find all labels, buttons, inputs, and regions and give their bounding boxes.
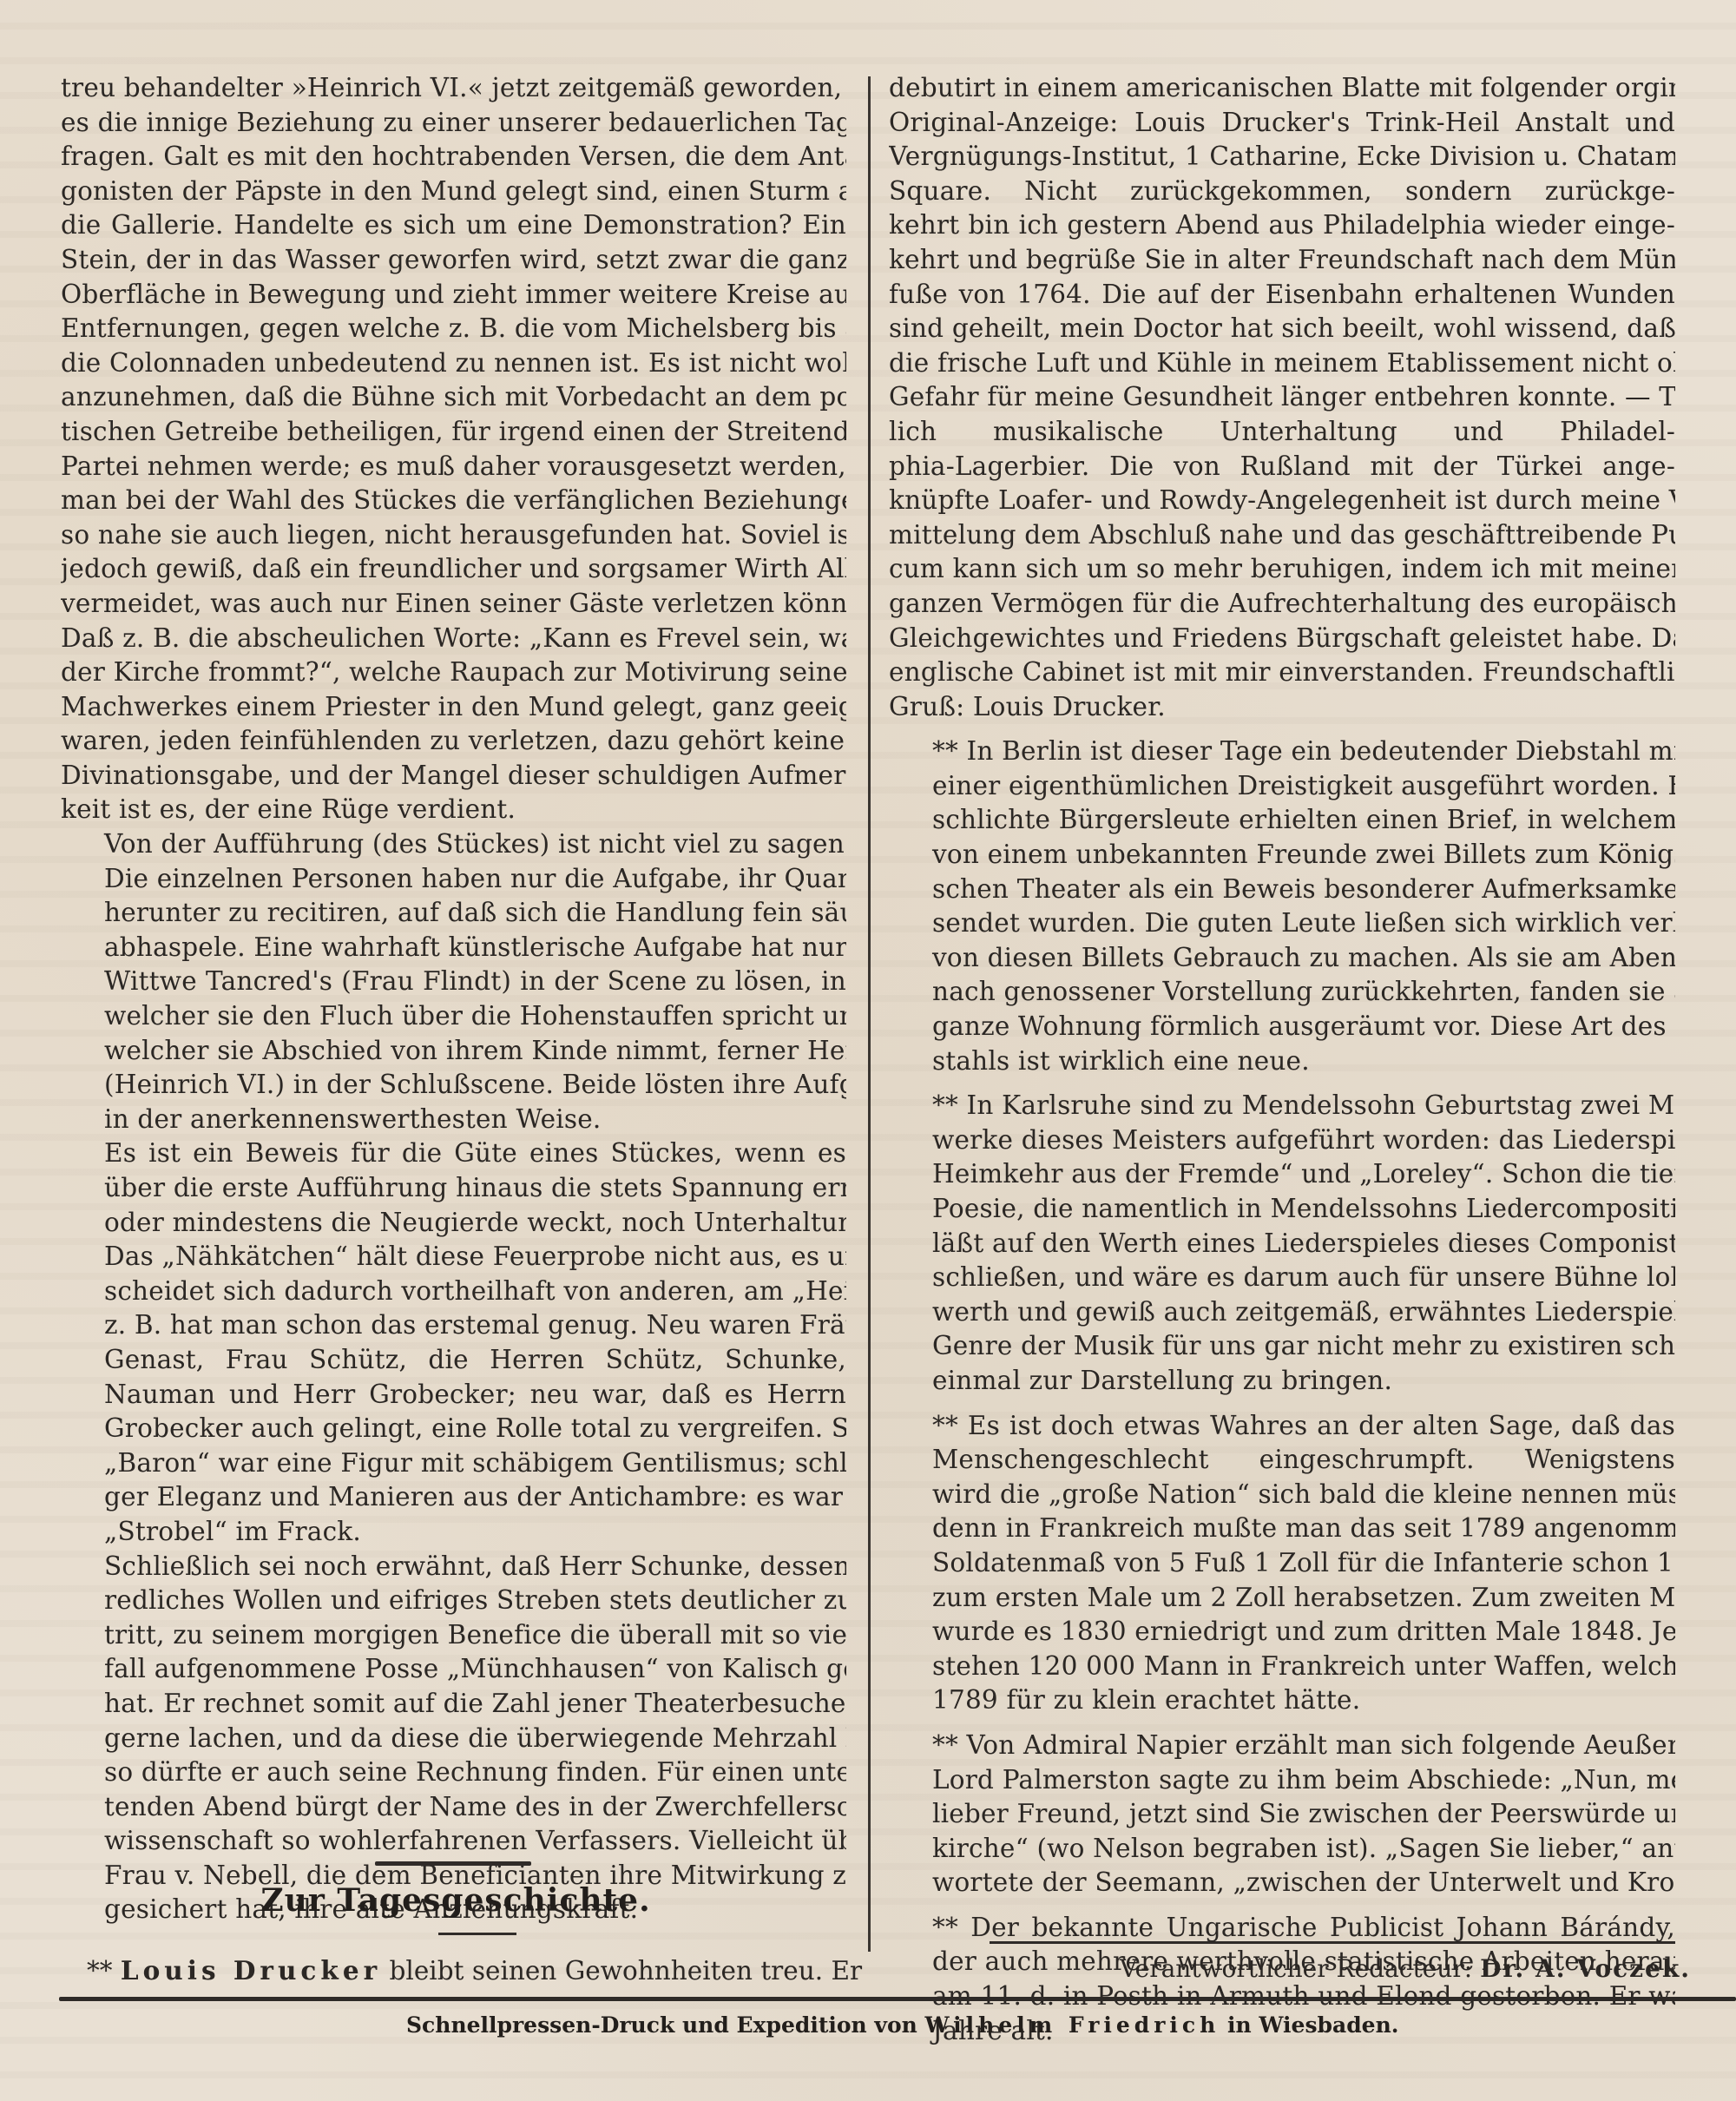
text-line: Die einzelnen Personen haben nur die Auf…	[61, 862, 846, 897]
text-line: oder mindestens die Neugierde weckt, noc…	[61, 1206, 846, 1241]
text-line: einer eigenthümlichen Dreistigkeit ausge…	[889, 769, 1675, 804]
text-line: ** In Karlsruhe sind zu Mendelssohn Gebu…	[889, 1089, 1675, 1123]
text-line: „Strobel“ im Frack.	[61, 1515, 846, 1550]
text-line: wird die „große Nation“ sich bald die kl…	[889, 1478, 1675, 1512]
text-line: Gruß: Louis Drucker.	[889, 690, 1675, 725]
right-column: debutirt in einem americanischen Blatte …	[889, 71, 1675, 2048]
signature-rule	[990, 1941, 1675, 1944]
text-line: Das „Nähkätchen“ hält diese Feuerprobe n…	[61, 1240, 846, 1274]
text-line: schließen, und wäre es darum auch für un…	[889, 1261, 1675, 1295]
text-line: welcher sie Abschied von ihrem Kinde nim…	[61, 1034, 846, 1069]
text-line: Grobecker auch gelingt, eine Rolle total…	[61, 1412, 846, 1446]
text-line: fall aufgenommene Posse „Münchhausen“ vo…	[61, 1652, 846, 1687]
text-line: ** In Berlin ist dieser Tage ein bedeute…	[889, 734, 1675, 769]
section-title: Zur Tagesgeschichte.	[260, 1882, 651, 1919]
text-line: man bei der Wahl des Stückes die verfäng…	[61, 484, 846, 518]
text-line: jedoch gewiß, daß ein freundlicher und s…	[61, 552, 846, 587]
text-line: zum ersten Male um 2 Zoll herabsetzen. Z…	[889, 1581, 1675, 1616]
text-line: redliches Wollen und eifriges Streben st…	[61, 1584, 846, 1618]
text-line: Wittwe Tancred's (Frau Flindt) in der Sc…	[61, 965, 846, 999]
text-line: cum kann sich um so mehr beruhigen, inde…	[889, 552, 1675, 587]
text-line: abhaspele. Eine wahrhaft künstlerische A…	[61, 931, 846, 965]
text-line: nach genossener Vorstellung zurückkehrte…	[889, 975, 1675, 1010]
editor-signature: Verantwortlicher Redacteur: Dr. A. Vocze…	[1120, 1953, 1675, 1985]
printer-imprint: Schnellpressen-Druck und Expedition von …	[406, 2012, 1361, 2038]
text-line: fragen. Galt es mit den hochtrabenden Ve…	[61, 140, 846, 175]
text-line: Machwerkes einem Priester in den Mund ge…	[61, 690, 846, 725]
imprint-suffix: in Wiesbaden.	[1220, 2012, 1398, 2038]
text-line: scheidet sich dadurch vortheilhaft von a…	[61, 1274, 846, 1309]
text-line: keit ist es, der eine Rüge verdient.	[61, 793, 846, 827]
text-line: werke dieses Meisters aufgeführt worden:…	[889, 1123, 1675, 1158]
text-line: Daß z. B. die abscheulichen Worte: „Kann…	[61, 622, 846, 656]
text-line: schlichte Bürgersleute erhielten einen B…	[889, 803, 1675, 838]
section-lead-line: ** Louis Drucker bleibt seinen Gewohnhei…	[87, 1953, 846, 1988]
newspaper-page: treu behandelter »Heinrich VI.« jetzt ze…	[0, 0, 1736, 2101]
text-line: Heimkehr aus der Fremde“ und „Loreley“. …	[889, 1157, 1675, 1192]
paragraph: treu behandelter »Heinrich VI.« jetzt ze…	[61, 71, 846, 827]
text-line: Oberfläche in Bewegung und zieht immer w…	[61, 278, 846, 313]
text-line: fuße von 1764. Die auf der Eisenbahn erh…	[889, 278, 1675, 313]
text-line: einmal zur Darstellung zu bringen.	[889, 1364, 1675, 1399]
text-line: herunter zu recitiren, auf daß sich die …	[61, 896, 846, 931]
text-line: Divinationsgabe, und der Mangel dieser s…	[61, 759, 846, 794]
text-line: ger Eleganz und Manieren aus der Anticha…	[61, 1480, 846, 1515]
text-line: die Colonnaden unbedeutend zu nennen ist…	[61, 346, 846, 381]
text-line: ** Der bekannte Ungarische Publicist Joh…	[889, 1911, 1675, 1946]
text-line: von diesen Billets Gebrauch zu machen. A…	[889, 941, 1675, 976]
text-line: ** Von Admiral Napier erzählt man sich f…	[889, 1729, 1675, 1763]
text-line: es die innige Beziehung zu einer unserer…	[61, 106, 846, 141]
text-line: lieber Freund, jetzt sind Sie zwischen d…	[889, 1797, 1675, 1832]
text-line: phia-Lagerbier. Die von Rußland mit der …	[889, 450, 1675, 484]
text-line: über die erste Aufführung hinaus die ste…	[61, 1171, 846, 1206]
signature-name: Dr. A. Voczek.	[1480, 1954, 1691, 1983]
paragraph: ** In Karlsruhe sind zu Mendelssohn Gebu…	[889, 1089, 1675, 1398]
text-line: „Baron“ war eine Figur mit schäbigem Gen…	[61, 1446, 846, 1481]
text-line: englische Cabinet ist mit mir einverstan…	[889, 655, 1675, 690]
text-line: der Kirche frommt?“, welche Raupach zur …	[61, 655, 846, 690]
text-line: Gleichgewichtes und Friedens Bürgschaft …	[889, 622, 1675, 656]
text-line: sind geheilt, mein Doctor hat sich beeil…	[889, 312, 1675, 346]
text-line: die frische Luft und Kühle in meinem Eta…	[889, 346, 1675, 381]
text-line: von einem unbekannten Freunde zwei Bille…	[889, 838, 1675, 873]
text-line: z. B. hat man schon das erstemal genug. …	[61, 1308, 846, 1343]
text-line: hat. Er rechnet somit auf die Zahl jener…	[61, 1687, 846, 1722]
text-line: in der anerkennenswerthesten Weise.	[61, 1103, 846, 1137]
imprint-printer: Wilhelm Friedrich	[925, 2012, 1220, 2038]
text-line: die Gallerie. Handelte es sich um eine D…	[61, 208, 846, 243]
lead-name: Louis Drucker	[121, 1955, 381, 1986]
text-line: wortete der Seemann, „zwischen der Unter…	[889, 1866, 1675, 1900]
text-line: Gefahr für meine Gesundheit länger entbe…	[889, 380, 1675, 415]
text-line: Vergnügungs-Institut, 1 Catharine, Ecke …	[889, 140, 1675, 175]
column-divider	[868, 76, 871, 1952]
text-line: treu behandelter »Heinrich VI.« jetzt ze…	[61, 71, 846, 106]
paragraph: Es ist ein Beweis für die Güte eines Stü…	[61, 1136, 846, 1549]
text-line: waren, jeden feinfühlenden zu verletzen,…	[61, 724, 846, 759]
text-line: so nahe sie auch liegen, nicht herausgef…	[61, 518, 846, 553]
text-line: Stein, der in das Wasser geworfen wird, …	[61, 243, 846, 278]
left-column: treu behandelter »Heinrich VI.« jetzt ze…	[61, 71, 846, 1927]
paragraph: debutirt in einem americanischen Blatte …	[889, 71, 1675, 724]
text-line: welcher sie den Fluch über die Hohenstau…	[61, 999, 846, 1034]
text-line: Genre der Musik für uns gar nicht mehr z…	[889, 1329, 1675, 1364]
text-line: tischen Getreibe betheiligen, für irgend…	[61, 415, 846, 450]
text-line: kirche“ (wo Nelson begraben ist). „Sagen…	[889, 1832, 1675, 1867]
text-line: Entfernungen, gegen welche z. B. die vom…	[61, 312, 846, 346]
text-line: ** Es ist doch etwas Wahres an der alten…	[889, 1409, 1675, 1444]
paragraph: ** Von Admiral Napier erzählt man sich f…	[889, 1729, 1675, 1900]
text-line: gerne lachen, und da diese die überwiege…	[61, 1722, 846, 1756]
text-line: so dürfte er auch seine Rechnung finden.…	[61, 1755, 846, 1790]
text-line: kehrt und begrüße Sie in alter Freundsch…	[889, 243, 1675, 278]
text-line: ganze Wohnung förmlich ausgeräumt vor. D…	[889, 1010, 1675, 1044]
lead-rest: bleibt seinen Gewohnheiten treu. Er	[381, 1956, 862, 1986]
text-line: ganzen Vermögen für die Aufrechterhaltun…	[889, 587, 1675, 622]
imprint-prefix: Schnellpressen-Druck und Expedition von	[406, 2012, 925, 2038]
text-line: Square. Nicht zurückgekommen, sondern zu…	[889, 175, 1675, 209]
section-rule-top	[375, 1861, 531, 1866]
text-line: knüpfte Loafer- und Rowdy-Angelegenheit …	[889, 484, 1675, 518]
paragraph: Schließlich sei noch erwähnt, daß Herr S…	[61, 1550, 846, 1928]
text-line: Lord Palmerston sagte zu ihm beim Abschi…	[889, 1763, 1675, 1798]
text-line: (Heinrich VI.) in der Schlußscene. Beide…	[61, 1068, 846, 1103]
text-line: gonisten der Päpste in den Mund gelegt s…	[61, 175, 846, 209]
text-line: Es ist ein Beweis für die Güte eines Stü…	[61, 1136, 846, 1171]
text-line: kehrt bin ich gestern Abend aus Philadel…	[889, 208, 1675, 243]
text-line: Poesie, die namentlich in Mendelssohns L…	[889, 1192, 1675, 1227]
text-line: Genast, Frau Schütz, die Herren Schütz, …	[61, 1343, 846, 1378]
text-line: denn in Frankreich mußte man das seit 17…	[889, 1512, 1675, 1546]
text-line: vermeidet, was auch nur Einen seiner Gäs…	[61, 587, 846, 622]
text-line: Original-Anzeige: Louis Drucker's Trink-…	[889, 106, 1675, 141]
text-line: Partei nehmen werde; es muß daher voraus…	[61, 450, 846, 484]
text-line: lich musikalische Unterhaltung und Phila…	[889, 415, 1675, 450]
text-line: mittelung dem Abschluß nahe und das gesc…	[889, 518, 1675, 553]
lead-prefix: **	[87, 1956, 121, 1986]
text-line: tenden Abend bürgt der Name des in der Z…	[61, 1790, 846, 1825]
paragraph: ** In Berlin ist dieser Tage ein bedeute…	[889, 734, 1675, 1078]
text-line: anzunehmen, daß die Bühne sich mit Vorbe…	[61, 380, 846, 415]
footer-rule	[59, 1997, 1736, 2001]
paragraph: ** Es ist doch etwas Wahres an der alten…	[889, 1409, 1675, 1718]
text-line: werth und gewiß auch zeitgemäß, erwähnte…	[889, 1295, 1675, 1330]
text-line: stahls ist wirklich eine neue.	[889, 1044, 1675, 1079]
text-line: stehen 120 000 Mann in Frankreich unter …	[889, 1650, 1675, 1684]
text-line: Nauman und Herr Grobecker; neu war, daß …	[61, 1378, 846, 1413]
paragraph: Von der Aufführung (des Stückes) ist nic…	[61, 827, 846, 1136]
text-line: läßt auf den Werth eines Liederspieles d…	[889, 1227, 1675, 1261]
text-line: tritt, zu seinem morgigen Benefice die ü…	[61, 1618, 846, 1653]
signature-label: Verantwortlicher Redacteur:	[1120, 1954, 1480, 1983]
text-line: Von der Aufführung (des Stückes) ist nic…	[61, 827, 846, 862]
text-line: Soldatenmaß von 5 Fuß 1 Zoll für die Inf…	[889, 1546, 1675, 1581]
text-line: 1789 für zu klein erachtet hätte.	[889, 1683, 1675, 1718]
text-line: sendet wurden. Die guten Leute ließen si…	[889, 906, 1675, 941]
text-line: Schließlich sei noch erwähnt, daß Herr S…	[61, 1550, 846, 1584]
text-line: Menschengeschlecht eingeschrumpft. Wenig…	[889, 1443, 1675, 1478]
text-line: schen Theater als ein Beweis besonderer …	[889, 873, 1675, 907]
section-rule-bottom	[438, 1933, 516, 1935]
text-line: wurde es 1830 erniedrigt und zum dritten…	[889, 1615, 1675, 1650]
text-line: wissenschaft so wohlerfahrenen Verfasser…	[61, 1824, 846, 1859]
text-line: debutirt in einem americanischen Blatte …	[889, 71, 1675, 106]
